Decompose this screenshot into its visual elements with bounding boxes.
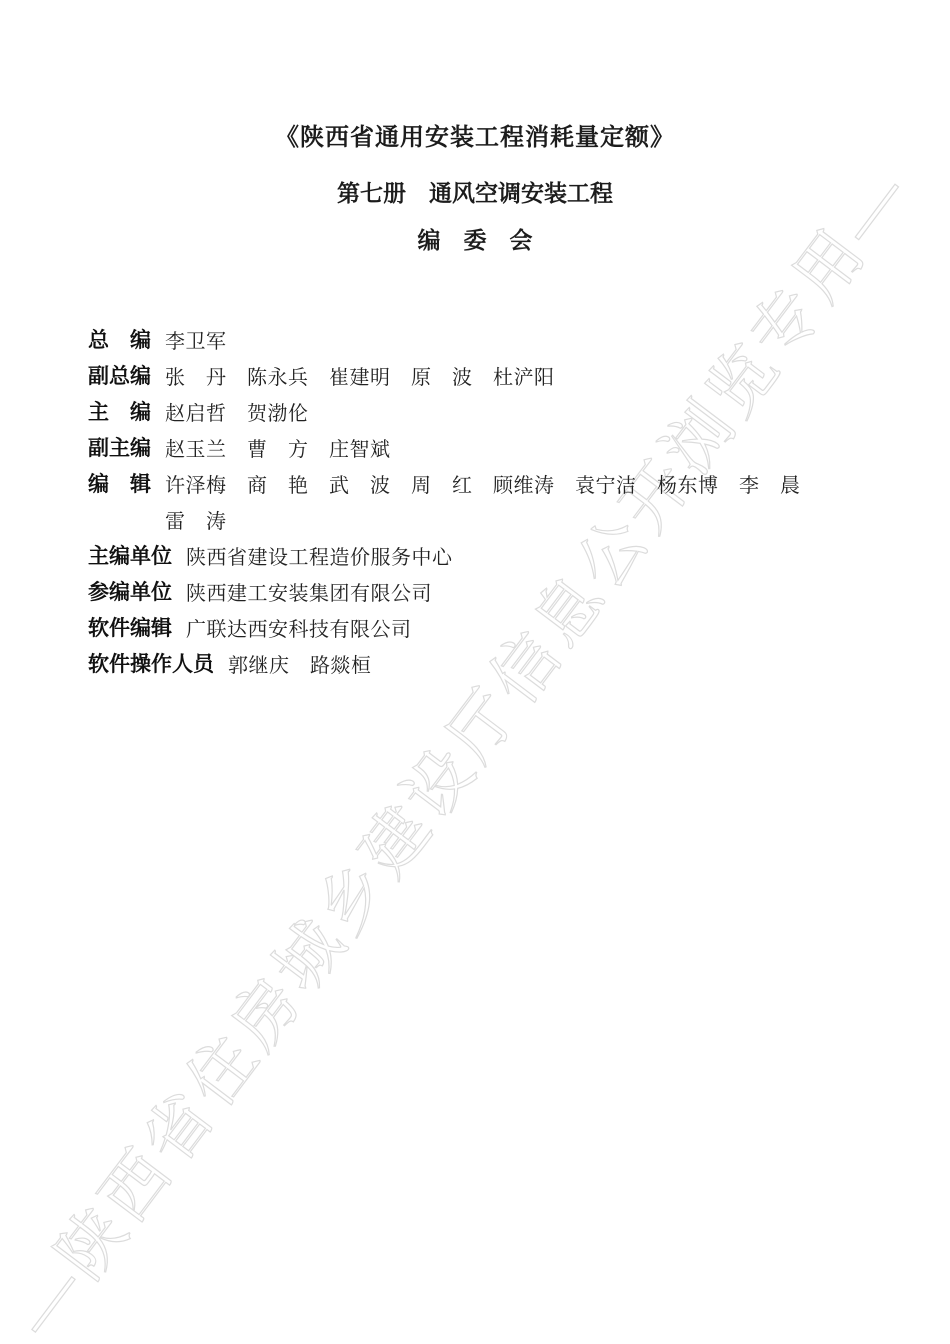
- roster-names: 李卫军: [165, 323, 227, 359]
- roster-names: 陕西省建设工程造价服务中心: [186, 539, 453, 575]
- roster-label: 软件操作人员: [88, 647, 214, 683]
- roster-row-editors-in-charge: 主 编 赵启哲 贺渤伦: [88, 395, 910, 431]
- roster-names: 郭继庆 路燚桓: [228, 647, 372, 683]
- roster-row-editors: 编 辑 许泽梅 商 艳 武 波 周 红 顾维涛 袁宁洁 杨东博 李 晨 雷 涛: [88, 467, 910, 539]
- title-block: 《陕西省通用安装工程消耗量定额》 第七册 通风空调安装工程 编 委 会: [0, 0, 950, 256]
- roster-names: 陕西建工安装集团有限公司: [186, 575, 432, 611]
- book-title: 《陕西省通用安装工程消耗量定额》: [0, 122, 950, 154]
- committee-title: 编 委 会: [0, 224, 950, 256]
- roster-names: 广联达西安科技有限公司: [186, 611, 412, 647]
- editorial-roster: 总 编 李卫军 副总编 张 丹 陈永兵 崔建明 原 波 杜浐阳 主 编 赵启哲 …: [88, 323, 910, 683]
- roster-row-deputy-chief-editors: 副总编 张 丹 陈永兵 崔建明 原 波 杜浐阳: [88, 359, 910, 395]
- roster-names: 赵启哲 贺渤伦: [165, 395, 309, 431]
- roster-row-software-operators: 软件操作人员 郭继庆 路燚桓: [88, 647, 910, 683]
- roster-names: 许泽梅 商 艳 武 波 周 红 顾维涛 袁宁洁 杨东博 李 晨 雷 涛: [165, 467, 801, 539]
- roster-label: 主编单位: [88, 539, 172, 575]
- roster-row-deputy-editors: 副主编 赵玉兰 曹 方 庄智斌: [88, 431, 910, 467]
- roster-names: 张 丹 陈永兵 崔建明 原 波 杜浐阳: [165, 359, 555, 395]
- roster-label: 副主编: [88, 431, 151, 467]
- roster-names: 赵玉兰 曹 方 庄智斌: [165, 431, 391, 467]
- roster-row-software-editor: 软件编辑 广联达西安科技有限公司: [88, 611, 910, 647]
- roster-row-chief-editor: 总 编 李卫军: [88, 323, 910, 359]
- roster-label: 主 编: [88, 395, 151, 431]
- roster-label: 副总编: [88, 359, 151, 395]
- page-content: 《陕西省通用安装工程消耗量定额》 第七册 通风空调安装工程 编 委 会 总 编 …: [0, 0, 950, 683]
- roster-label: 参编单位: [88, 575, 172, 611]
- roster-row-participating-unit: 参编单位 陕西建工安装集团有限公司: [88, 575, 910, 611]
- roster-label: 编 辑: [88, 467, 151, 503]
- volume-title: 第七册 通风空调安装工程: [0, 177, 950, 209]
- roster-label: 总 编: [88, 323, 151, 359]
- document-page: —陕西省住房城乡建设厅信息公开浏览专用— 《陕西省通用安装工程消耗量定额》 第七…: [0, 0, 950, 1344]
- roster-label: 软件编辑: [88, 611, 172, 647]
- roster-row-chief-editing-unit: 主编单位 陕西省建设工程造价服务中心: [88, 539, 910, 575]
